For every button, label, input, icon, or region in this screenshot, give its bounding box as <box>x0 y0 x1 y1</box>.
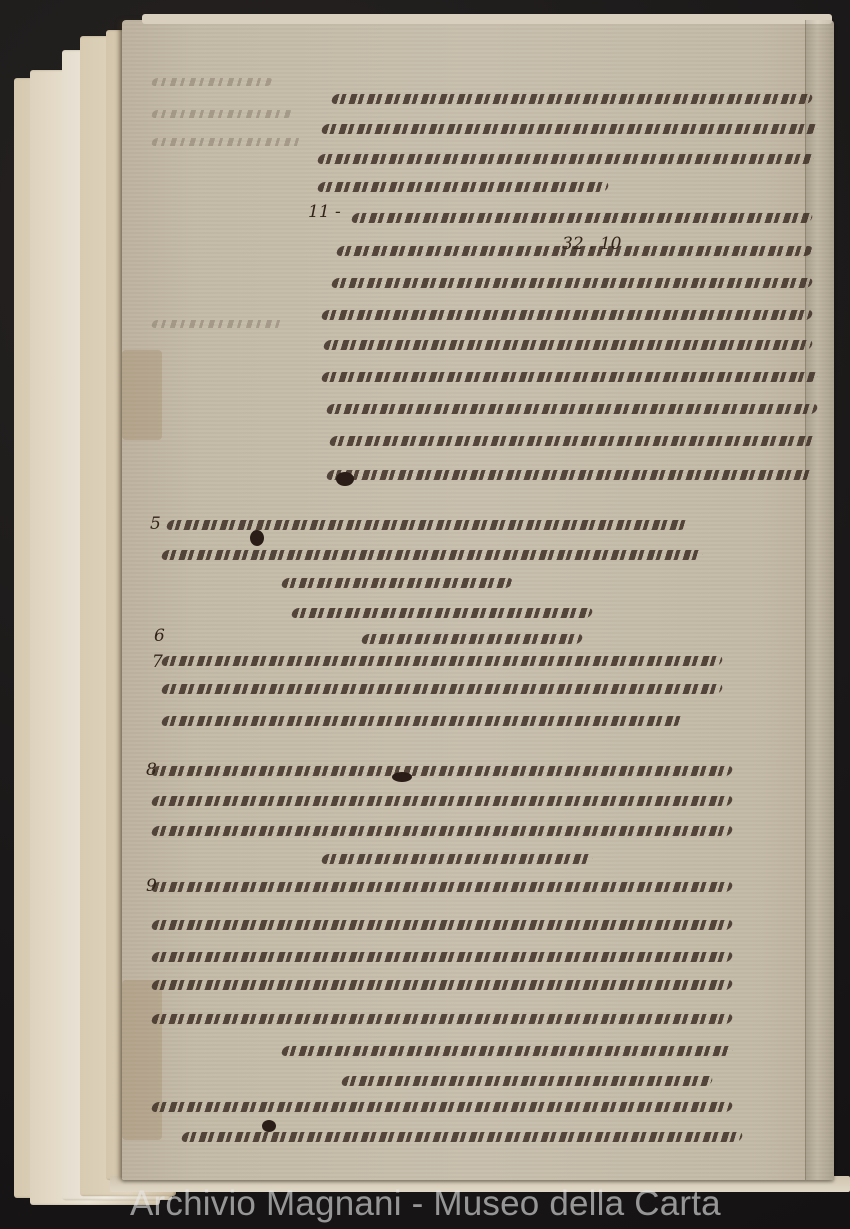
handwritten-line <box>160 656 723 666</box>
item-number-11: 11 - <box>308 202 341 222</box>
manuscript-page: 11 - 32 . 10 5 6 7 8 9 <box>122 20 834 1180</box>
handwritten-line <box>160 684 723 694</box>
handwritten-line <box>325 404 818 414</box>
handwritten-line <box>316 182 609 192</box>
handwritten-line <box>320 372 818 382</box>
handwritten-line <box>316 154 814 164</box>
ink-blot <box>392 772 412 782</box>
handwritten-line <box>322 340 813 350</box>
handwritten-line <box>360 634 583 644</box>
handwritten-line <box>150 766 733 776</box>
handwritten-line <box>350 213 813 223</box>
archive-watermark: Archivio Magnani - Museo della Carta <box>130 1184 721 1224</box>
item-number-8: 8 <box>146 760 157 780</box>
bleed-through-line <box>151 110 294 118</box>
ink-blot <box>336 472 354 486</box>
handwritten-line <box>150 920 733 930</box>
handwritten-line <box>340 1076 713 1086</box>
handwritten-line <box>290 608 593 618</box>
item-number-5: 5 <box>150 514 161 534</box>
handwritten-line <box>160 550 703 560</box>
item-number-7: 7 <box>152 652 163 672</box>
handwritten-line <box>160 716 683 726</box>
handwritten-line <box>320 854 593 864</box>
handwritten-line <box>328 436 816 446</box>
item-number-9: 9 <box>146 876 157 896</box>
handwritten-line <box>150 882 733 892</box>
ink-blot <box>250 530 264 546</box>
handwritten-line <box>280 1046 733 1056</box>
handwritten-line <box>150 980 733 990</box>
handwritten-line <box>325 470 813 480</box>
handwritten-line <box>165 520 688 530</box>
handwritten-line <box>330 278 813 288</box>
bleed-through-line <box>151 138 304 146</box>
handwritten-line <box>150 826 733 836</box>
handwritten-line <box>280 578 513 588</box>
bleed-through-line <box>151 320 284 328</box>
handwriting-area: 11 - 32 . 10 5 6 7 8 9 <box>122 20 834 1180</box>
ink-blot <box>262 1120 276 1132</box>
bleed-through-line <box>151 78 274 86</box>
handwritten-line <box>150 796 733 806</box>
handwritten-line <box>150 1102 733 1112</box>
handwritten-line <box>320 310 813 320</box>
item-number-6: 6 <box>154 626 165 646</box>
handwritten-line <box>150 952 733 962</box>
handwritten-line <box>180 1132 743 1142</box>
amount-numeral: 32 . 10 <box>562 234 621 254</box>
handwritten-line <box>320 124 818 134</box>
handwritten-line <box>330 94 813 104</box>
handwritten-line <box>150 1014 733 1024</box>
